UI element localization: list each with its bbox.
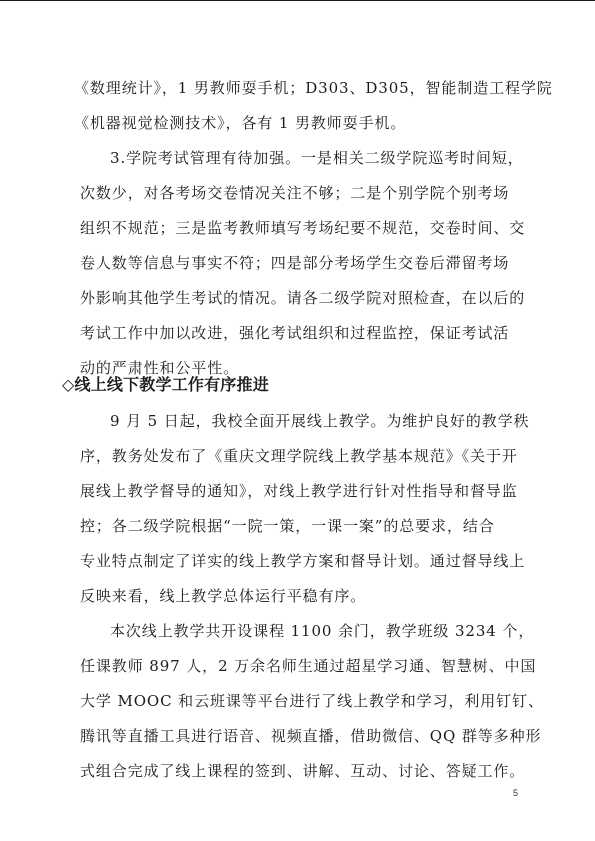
- paragraph-line: 组织不规范；三是监考教师填写考场纪要不规范，交卷时间、交: [80, 218, 525, 238]
- paragraph-line: 展线上教学督导的通知》，对线上教学进行针对性指导和督导监: [80, 481, 518, 501]
- paragraph-line: 考试工作中加以改进，强化考试组织和过程监控，保证考试活: [80, 323, 509, 343]
- paragraph-line: 式组合完成了线上课程的签到、讲解、互动、讨论、答疑工作。: [80, 761, 525, 781]
- paragraph-line: 3.学院考试管理有待加强。一是相关二级学院巡考时间短，: [110, 148, 524, 168]
- paragraph-line: 《机器视觉检测技术》，各有 1 男教师耍手机。: [74, 113, 406, 133]
- paragraph-line: 次数少，对各考场交卷情况关注不够；二是个别学院个别考场: [80, 183, 509, 203]
- paragraph-line: 卷人数等信息与事实不符；四是部分考场学生交卷后滞留考场: [80, 253, 509, 273]
- paragraph-line: 《数理统计》，1 男教师耍手机；D303、D305，智能制造工程学院: [74, 78, 553, 98]
- paragraph-line: 本次线上教学共开设课程 1100 余门，教学班级 3234 个，: [110, 621, 534, 641]
- paragraph-line: 任课教师 897 人，2 万余名师生通过超星学习通、智慧树、中国: [80, 656, 536, 676]
- paragraph-line: 反映来看，线上教学总体运行平稳有序。: [80, 586, 366, 606]
- paragraph-line: 大学 MOOC 和云班课等平台进行了线上教学和学习，利用钉钉、: [80, 691, 544, 711]
- paragraph-line: 专业特点制定了详实的线上教学方案和督导计划。通过督导线上: [80, 551, 525, 571]
- page-number: 5: [513, 788, 518, 798]
- paragraph-line: 腾讯等直播工具进行语音、视频直播，借助微信、QQ 群等多种形: [80, 726, 541, 746]
- paragraph-line: 外影响其他学生考试的情况。请各二级学院对照检查，在以后的: [80, 288, 525, 308]
- paragraph-line: 控；各二级学院根据“一院一策，一课一案”的总要求，结合: [80, 516, 495, 536]
- section-heading: ◇线上线下教学工作有序推进: [62, 375, 269, 395]
- paragraph-line: 9 月 5 日起，我校全面开展线上教学。为维护良好的教学秩: [110, 411, 530, 431]
- top-border-rule: [0, 0, 595, 1]
- paragraph-line: 序，教务处发布了《重庆文理学院线上教学基本规范》《关于开: [80, 446, 518, 466]
